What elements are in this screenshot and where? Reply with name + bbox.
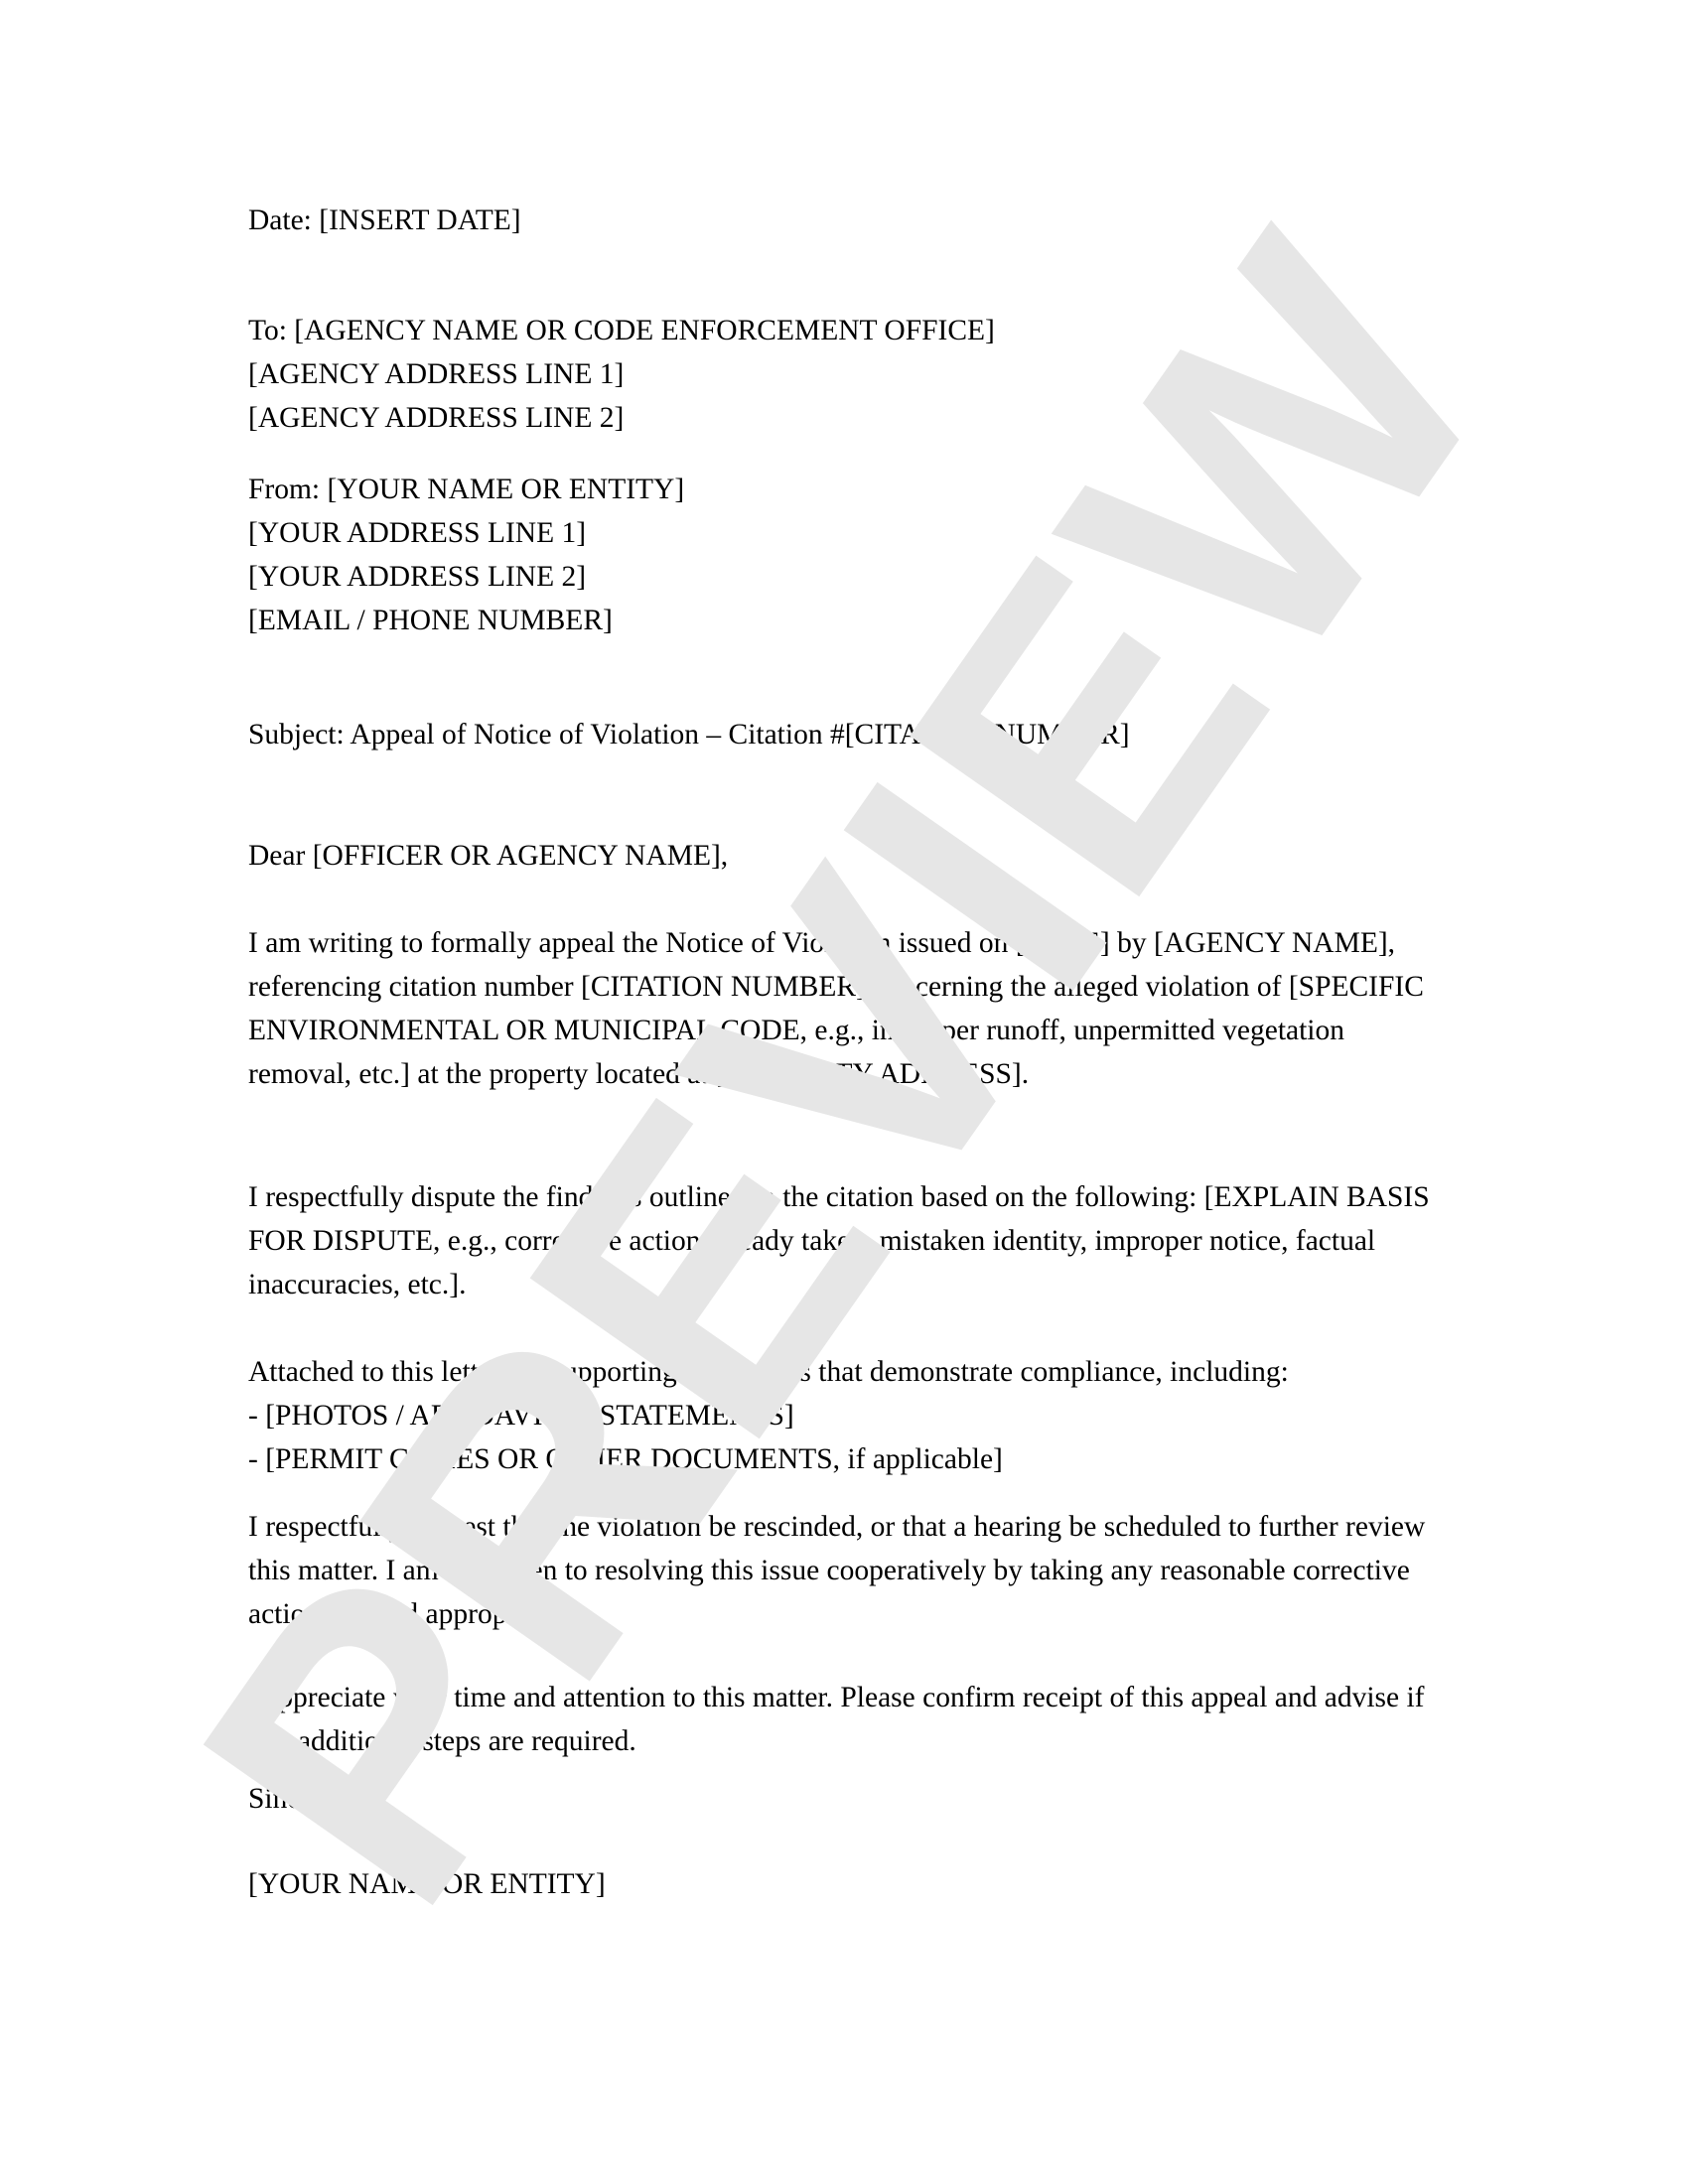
body-paragraph-closing: I appreciate your time and attention to … (248, 1676, 1440, 1763)
body-paragraph-appeal-intro: I am writing to formally appeal the Noti… (248, 921, 1450, 1096)
body-paragraph-request: I respectfully request that the violatio… (248, 1505, 1440, 1636)
salutation-text: Dear [OFFICER OR AGENCY NAME], (248, 834, 1450, 878)
date-text: Date: [INSERT DATE] (248, 199, 1450, 242)
attachments-intro: Attached to this letter are supporting d… (248, 1350, 1460, 1394)
signature-text: [YOUR NAME OR ENTITY] (248, 1862, 1450, 1906)
paragraph-text: I respectfully dispute the findings outl… (248, 1175, 1450, 1306)
paragraph-text: I am writing to formally appeal the Noti… (248, 921, 1450, 1096)
salutation: Dear [OFFICER OR AGENCY NAME], (248, 834, 1450, 878)
sender-address-line-1: [YOUR ADDRESS LINE 1] (248, 511, 1450, 555)
attachment-item: - [PERMIT COPIES OR OTHER DOCUMENTS, if … (248, 1437, 1460, 1481)
recipient-name: To: [AGENCY NAME OR CODE ENFORCEMENT OFF… (248, 309, 1450, 352)
subject-line: Subject: Appeal of Notice of Violation –… (248, 713, 1450, 756)
body-paragraph-dispute-basis: I respectfully dispute the findings outl… (248, 1175, 1450, 1306)
recipient-address-block: To: [AGENCY NAME OR CODE ENFORCEMENT OFF… (248, 309, 1450, 440)
subject-text: Subject: Appeal of Notice of Violation –… (248, 713, 1450, 756)
complimentary-close: Sincerely, (248, 1777, 1450, 1821)
sender-contact: [EMAIL / PHONE NUMBER] (248, 599, 1450, 642)
paragraph-text: I appreciate your time and attention to … (248, 1676, 1440, 1763)
date-line: Date: [INSERT DATE] (248, 199, 1450, 242)
recipient-address-line-1: [AGENCY ADDRESS LINE 1] (248, 352, 1450, 396)
sender-address-block: From: [YOUR NAME OR ENTITY] [YOUR ADDRES… (248, 468, 1450, 642)
attachment-item: - [PHOTOS / AFFIDAVITS / STATEMENTS] (248, 1394, 1460, 1437)
sender-name: From: [YOUR NAME OR ENTITY] (248, 468, 1450, 511)
closing-text: Sincerely, (248, 1777, 1450, 1821)
sender-address-line-2: [YOUR ADDRESS LINE 2] (248, 555, 1450, 599)
attachments-section: Attached to this letter are supporting d… (248, 1350, 1460, 1481)
recipient-address-line-2: [AGENCY ADDRESS LINE 2] (248, 396, 1450, 440)
paragraph-text: I respectfully request that the violatio… (248, 1505, 1440, 1636)
document-page: Date: [INSERT DATE] To: [AGENCY NAME OR … (0, 0, 1688, 2184)
signature-line: [YOUR NAME OR ENTITY] (248, 1862, 1450, 1906)
